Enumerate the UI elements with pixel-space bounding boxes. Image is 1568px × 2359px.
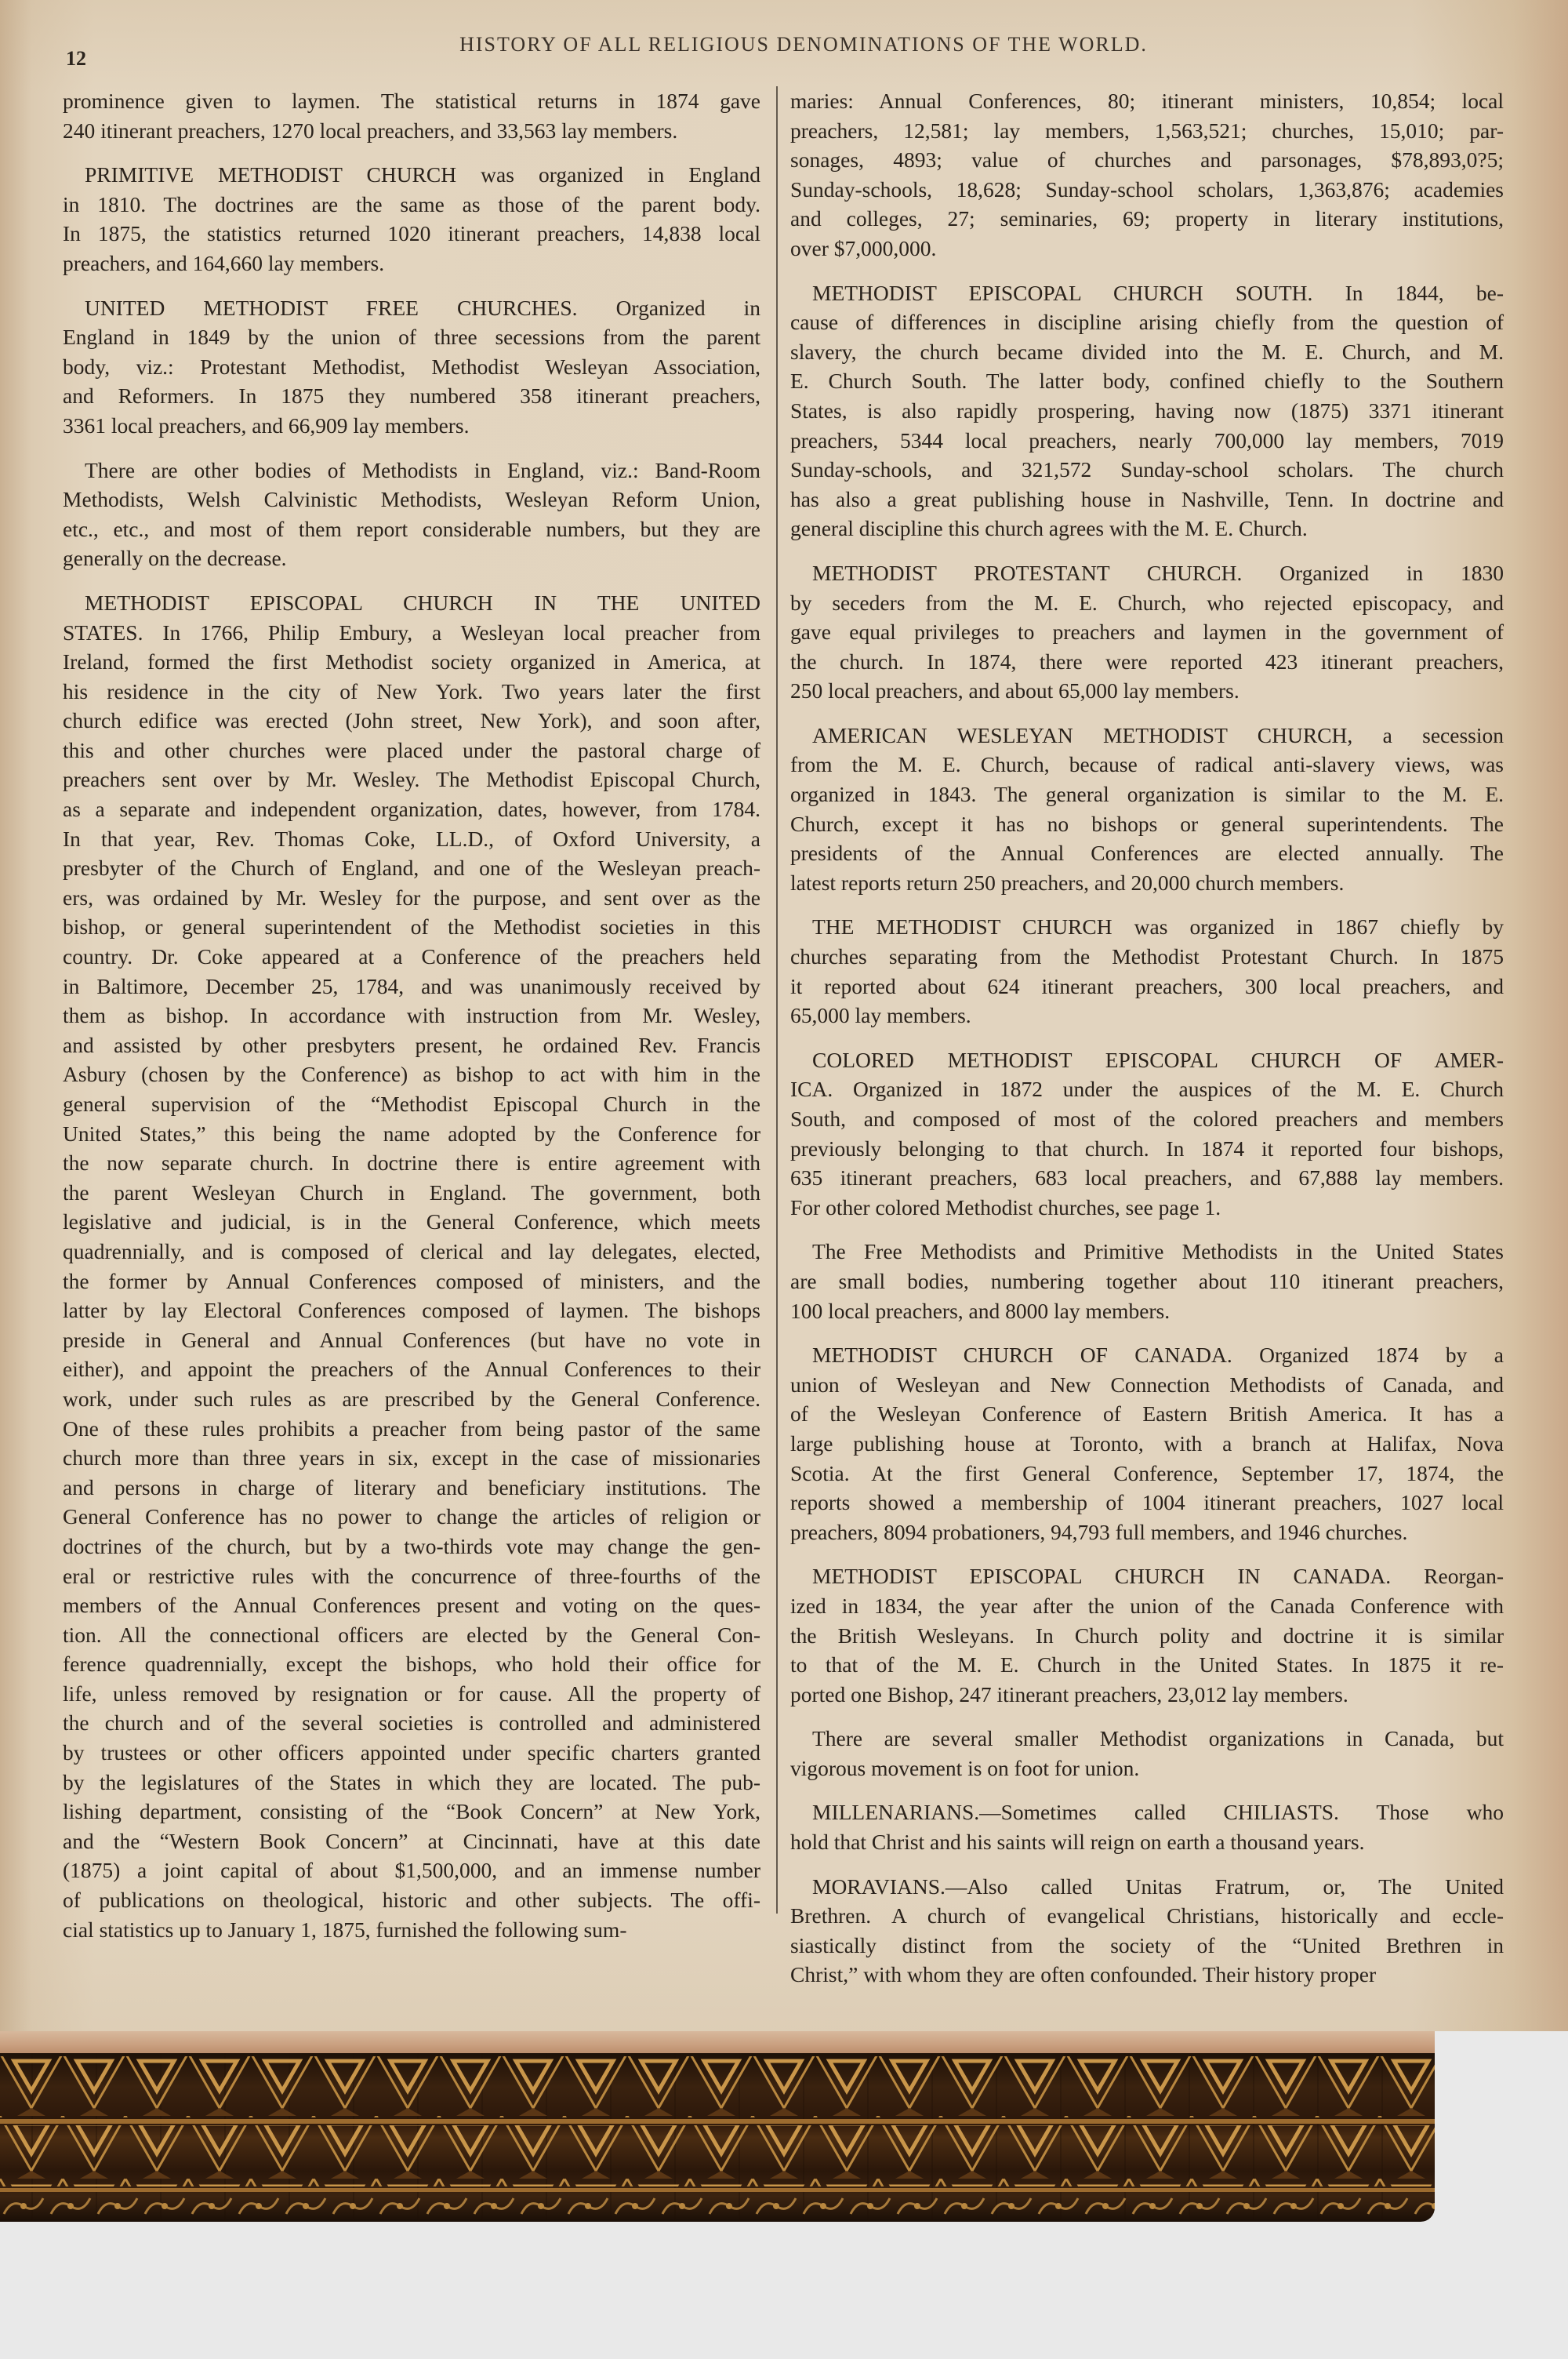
text-line: the church and of the several societies … (63, 1708, 760, 1738)
paragraph-free-and-primitive-us: The Free Methodists and Primitive Method… (790, 1237, 1504, 1325)
text-line: 65,000 lay members. (790, 1001, 1504, 1030)
text-line: life, unless removed by resignation or f… (63, 1679, 760, 1709)
running-head: HISTORY OF ALL RELIGIOUS DENOMINATIONS O… (412, 33, 1196, 56)
text-line: hold that Christ and his saints will rei… (790, 1827, 1504, 1857)
text-line: In 1875, the statistics returned 1020 it… (63, 219, 760, 249)
text-line: as a separate and independent organizati… (63, 794, 760, 824)
text-line: (1875) a joint capital of about $1,500,0… (63, 1856, 760, 1885)
paragraph-primitive-methodist: PRIMITIVE METHODIST CHURCH was organized… (63, 160, 760, 278)
text-line: work, under such rules as are prescribed… (63, 1384, 760, 1414)
text-line: States, is also rapidly prospering, havi… (790, 396, 1504, 426)
text-line: ers, was ordained by Mr. Wesley for the … (63, 883, 760, 913)
text-line: general supervision of the “Methodist Ep… (63, 1089, 760, 1119)
text-line: church more than three years in six, exc… (63, 1443, 760, 1473)
text-line: and persons in charge of literary and be… (63, 1473, 760, 1503)
text-line: Ireland, formed the first Methodist soci… (63, 647, 760, 677)
paragraph-other-bodies-england: There are other bodies of Methodists in … (63, 456, 760, 573)
text-line: by the legislatures of the States in whi… (63, 1768, 760, 1797)
text-line: METHODIST PROTESTANT CHURCH. Organized i… (790, 558, 1504, 588)
text-line: The Free Methodists and Primitive Method… (790, 1237, 1504, 1267)
text-line: preachers sent over by Mr. Wesley. The M… (63, 765, 760, 794)
page-number: 12 (66, 47, 86, 71)
text-line: the church. In 1874, there were reported… (790, 647, 1504, 677)
paragraph-methodist-episcopal-us: METHODIST EPISCOPAL CHURCH IN THE UNITED… (63, 588, 760, 1944)
text-line: quadrennially, and is composed of cleric… (63, 1237, 760, 1267)
text-line: Asbury (chosen by the Conference) as bis… (63, 1060, 760, 1089)
text-line: ported one Bishop, 247 itinerant preache… (790, 1680, 1504, 1710)
gilt-triangle-pattern (0, 2053, 1435, 2222)
text-line: UNITED METHODIST FREE CHURCHES. Organize… (63, 293, 760, 323)
text-line: METHODIST EPISCOPAL CHURCH SOUTH. In 184… (790, 278, 1504, 308)
paragraph-millenarians: MILLENARIANS.—Sometimes called CHILIASTS… (790, 1797, 1504, 1856)
text-line: of publications on theological, historic… (63, 1885, 760, 1915)
text-line: Sunday-schools, 18,628; Sunday-school sc… (790, 175, 1504, 205)
text-line: lishing department, consisting of the “B… (63, 1797, 760, 1826)
text-line: Scotia. At the first General Conference,… (790, 1459, 1504, 1488)
text-line: England in 1849 by the union of three se… (63, 322, 760, 352)
text-line: General Conference has no power to chang… (63, 1502, 760, 1532)
text-line: churches separating from the Methodist P… (790, 942, 1504, 972)
book-page: 12 HISTORY OF ALL RELIGIOUS DENOMINATION… (0, 0, 1568, 2031)
text-line: it reported about 624 itinerant preacher… (790, 972, 1504, 1001)
text-line: the parent Wesleyan Church in England. T… (63, 1178, 760, 1208)
text-line: body, viz.: Protestant Methodist, Method… (63, 352, 760, 382)
text-line: There are other bodies of Methodists in … (63, 456, 760, 485)
paragraph-american-wesleyan: AMERICAN WESLEYAN METHODIST CHURCH, a se… (790, 721, 1504, 898)
text-line: eral or restrictive rules with the concu… (63, 1561, 760, 1591)
text-line: by trustees or other officers appointed … (63, 1738, 760, 1768)
right-column: maries: Annual Conferences, 80; itineran… (790, 86, 1504, 2005)
text-line: 250 local preachers, and about 65,000 la… (790, 676, 1504, 706)
text-line: 3361 local preachers, and 66,909 lay mem… (63, 411, 760, 441)
text-line: Methodists, Welsh Calvinistic Methodists… (63, 485, 760, 514)
text-line: general discipline this church agrees wi… (790, 514, 1504, 543)
text-line: organized in 1843. The general organizat… (790, 780, 1504, 809)
text-line: 100 local preachers, and 8000 lay member… (790, 1296, 1504, 1326)
text-line: this and other churches were placed unde… (63, 736, 760, 765)
text-line: MILLENARIANS.—Sometimes called CHILIASTS… (790, 1797, 1504, 1827)
text-line: METHODIST CHURCH OF CANADA. Organized 18… (790, 1340, 1504, 1370)
text-line: of the Wesleyan Conference of Eastern Br… (790, 1399, 1504, 1429)
text-line: One of these rules prohibits a preacher … (63, 1414, 760, 1444)
text-line: union of Wesleyan and New Connection Met… (790, 1370, 1504, 1400)
text-line: MORAVIANS.—Also called Unitas Fratrum, o… (790, 1872, 1504, 1902)
text-line: and Reformers. In 1875 they numbered 358… (63, 381, 760, 411)
text-line: In that year, Rev. Thomas Coke, LL.D., o… (63, 824, 760, 854)
text-line: in 1810. The doctrines are the same as t… (63, 190, 760, 220)
text-line: country. Dr. Coke appeared at a Conferen… (63, 942, 760, 972)
text-line: large publishing house at Toronto, with … (790, 1429, 1504, 1459)
paragraph-smaller-canada: There are several smaller Methodist orga… (790, 1724, 1504, 1783)
text-line: either), and appoint the preachers of th… (63, 1354, 760, 1384)
text-line: and the “Western Book Concern” at Cincin… (63, 1826, 760, 1856)
text-line: 240 itinerant preachers, 1270 local prea… (63, 116, 760, 146)
left-column: prominence given to laymen. The statisti… (63, 86, 760, 1959)
text-line: previously belonging to that church. In … (790, 1134, 1504, 1164)
text-line: by seceders from the M. E. Church, who r… (790, 588, 1504, 618)
text-line: doctrines of the church, but by a two-th… (63, 1532, 760, 1561)
text-line: members of the Annual Conferences presen… (63, 1590, 760, 1620)
paragraph-me-church-in-canada: METHODIST EPISCOPAL CHURCH IN CANADA. Re… (790, 1561, 1504, 1709)
column-divider (776, 86, 778, 1914)
text-line: maries: Annual Conferences, 80; itineran… (790, 86, 1504, 116)
paragraph-methodist-church-canada: METHODIST CHURCH OF CANADA. Organized 18… (790, 1340, 1504, 1547)
text-line: over $7,000,000. (790, 234, 1504, 264)
text-line: them as bishop. In accordance with instr… (63, 1001, 760, 1030)
text-line: bishop, or general superintendent of the… (63, 912, 760, 942)
text-line: latter by lay Electoral Conferences comp… (63, 1296, 760, 1325)
text-line: from the M. E. Church, because of radica… (790, 750, 1504, 780)
text-line: United States,” this being the name adop… (63, 1119, 760, 1149)
text-line: prominence given to laymen. The statisti… (63, 86, 760, 116)
text-line: the British Wesleyans. In Church polity … (790, 1621, 1504, 1651)
text-line: PRIMITIVE METHODIST CHURCH was organized… (63, 160, 760, 190)
text-line: presbyter of the Church of England, and … (63, 853, 760, 883)
text-line: cause of differences in discipline arisi… (790, 307, 1504, 337)
text-line: tion. All the connectional officers are … (63, 1620, 760, 1650)
text-line: ference quadrennially, except the bishop… (63, 1649, 760, 1679)
text-line: sonages, 4893; value of churches and par… (790, 145, 1504, 175)
text-line: to that of the M. E. Church in the Unite… (790, 1650, 1504, 1680)
text-line: ICA. Organized in 1872 under the auspice… (790, 1074, 1504, 1104)
text-line: and assisted by other presbyters present… (63, 1030, 760, 1060)
text-line: presidents of the Annual Conferences are… (790, 838, 1504, 868)
text-line: generally on the decrease. (63, 543, 760, 573)
text-line: preachers, 8094 probationers, 94,793 ful… (790, 1518, 1504, 1547)
text-line: latest reports return 250 preachers, and… (790, 868, 1504, 898)
text-line: preachers, and 164,660 lay members. (63, 249, 760, 278)
paragraph-moravians: MORAVIANS.—Also called Unitas Fratrum, o… (790, 1872, 1504, 1990)
paragraph-methodist-protestant: METHODIST PROTESTANT CHURCH. Organized i… (790, 558, 1504, 706)
text-line: For other colored Methodist churches, se… (790, 1193, 1504, 1223)
paragraph-me-church-south: METHODIST EPISCOPAL CHURCH SOUTH. In 184… (790, 278, 1504, 543)
paragraph-continuation: prominence given to laymen. The statisti… (63, 86, 760, 145)
paragraph-united-methodist-free: UNITED METHODIST FREE CHURCHES. Organize… (63, 293, 760, 441)
text-line: the now separate church. In doctrine the… (63, 1148, 760, 1178)
text-line: reports showed a membership of 1004 itin… (790, 1488, 1504, 1518)
text-line: slavery, the church became divided into … (790, 337, 1504, 367)
text-line: METHODIST EPISCOPAL CHURCH IN CANADA. Re… (790, 1561, 1504, 1591)
text-line: COLORED METHODIST EPISCOPAL CHURCH OF AM… (790, 1045, 1504, 1075)
text-line: Christ,” with whom they are often confou… (790, 1960, 1504, 1990)
triangle-ornament-icon (0, 2053, 1435, 2222)
text-line: preachers, 12,581; lay members, 1,563,52… (790, 116, 1504, 146)
paragraph-colored-me-america: COLORED METHODIST EPISCOPAL CHURCH OF AM… (790, 1045, 1504, 1223)
text-line: legislative and judicial, is in the Gene… (63, 1207, 760, 1237)
text-line: There are several smaller Methodist orga… (790, 1724, 1504, 1754)
paragraph-the-methodist-church: THE METHODIST CHURCH was organized in 18… (790, 912, 1504, 1030)
text-line: etc., etc., and most of them report cons… (63, 514, 760, 544)
paragraph-me-statistics-continued: maries: Annual Conferences, 80; itineran… (790, 86, 1504, 264)
text-line: Church, except it has no bishops or gene… (790, 809, 1504, 839)
page-edge (0, 2031, 1435, 2055)
text-line: and colleges, 27; seminaries, 69; proper… (790, 204, 1504, 234)
text-line: E. Church South. The latter body, confin… (790, 366, 1504, 396)
text-line: METHODIST EPISCOPAL CHURCH IN THE UNITED (63, 588, 760, 618)
text-line: the former by Annual Conferences compose… (63, 1267, 760, 1296)
text-line: 635 itinerant preachers, 683 local preac… (790, 1163, 1504, 1193)
book-edge-ornament (0, 2031, 1435, 2223)
text-line: church edifice was erected (John street,… (63, 706, 760, 736)
text-line: gave equal privileges to preachers and l… (790, 617, 1504, 647)
text-line: ized in 1834, the year after the union o… (790, 1591, 1504, 1621)
text-line: his residence in the city of New York. T… (63, 677, 760, 707)
text-line: siastically distinct from the society of… (790, 1931, 1504, 1961)
text-line: cial statistics up to January 1, 1875, f… (63, 1915, 760, 1945)
text-line: vigorous movement is on foot for union. (790, 1754, 1504, 1783)
text-line: South, and composed of most of the color… (790, 1104, 1504, 1134)
text-line: preside in General and Annual Conference… (63, 1325, 760, 1355)
text-line: AMERICAN WESLEYAN METHODIST CHURCH, a se… (790, 721, 1504, 751)
text-line: are small bodies, numbering together abo… (790, 1267, 1504, 1296)
text-line: STATES. In 1766, Philip Embury, a Wesley… (63, 618, 760, 648)
text-line: has also a great publishing house in Nas… (790, 485, 1504, 514)
text-line: Sunday-schools, and 321,572 Sunday-schoo… (790, 455, 1504, 485)
text-line: in Baltimore, December 25, 1784, and was… (63, 972, 760, 1001)
text-line: preachers, 5344 local preachers, nearly … (790, 426, 1504, 456)
text-line: Brethren. A church of evangelical Christ… (790, 1901, 1504, 1931)
text-line: THE METHODIST CHURCH was organized in 18… (790, 912, 1504, 942)
